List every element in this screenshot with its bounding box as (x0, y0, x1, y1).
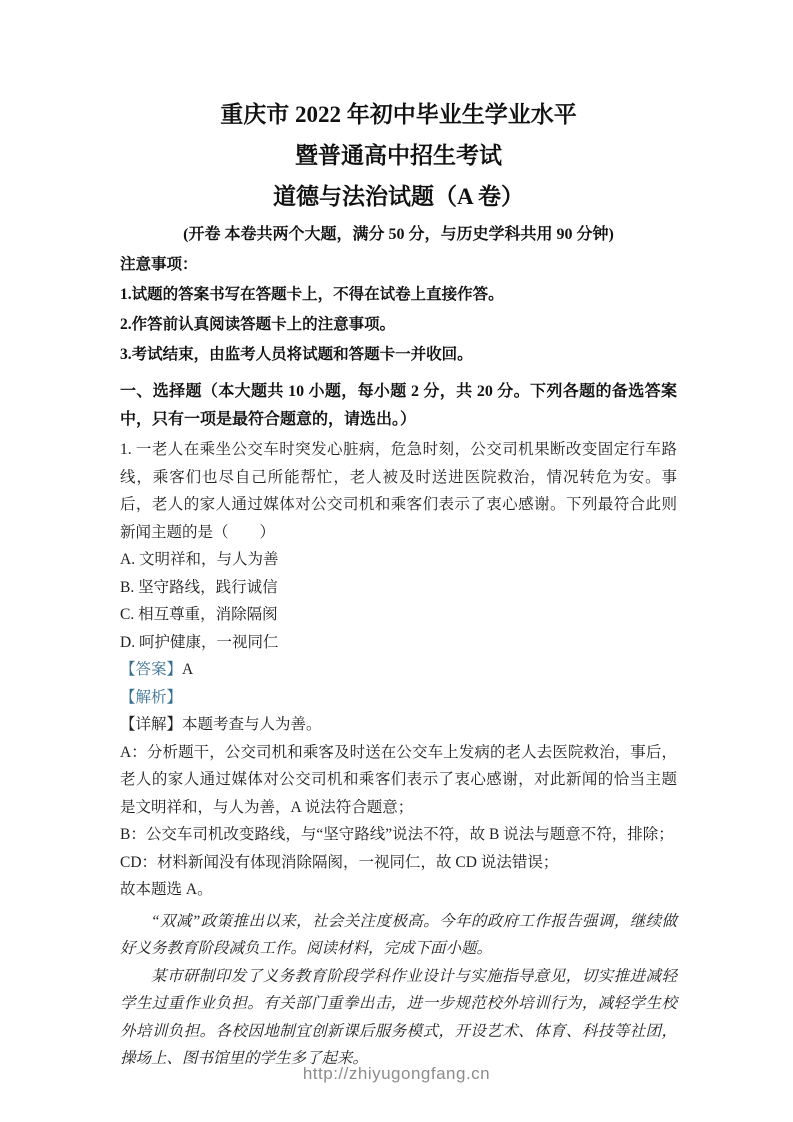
explanation-conclusion: 故本题选 A。 (120, 876, 677, 904)
analysis-line: 【解析】 (120, 684, 677, 712)
document-header: 重庆市 2022 年初中毕业生学业水平 暨普通高中招生考试 道德与法治试题（A … (120, 94, 677, 250)
detail-line: 【详解】本题考查与人为善。 (120, 711, 677, 739)
question-1-option-b: B. 坚守路线，践行诚信 (120, 574, 677, 602)
notices-heading: 注意事项： (120, 250, 677, 280)
notice-item-3: 3.考试结束，由监考人员将试题和答题卡一并收回。 (120, 340, 677, 370)
detail-label: 【详解】 (120, 716, 182, 733)
analysis-label: 【解析】 (120, 689, 182, 706)
question-1-option-d: D. 呵护健康，一视同仁 (120, 629, 677, 657)
question-1-stem: 1. 一老人在乘坐公交车时突发心脏病，危急时刻，公交司机果断改变固定行车路线，乘… (120, 436, 677, 546)
exam-info-line: (开卷 本卷共两个大题，满分 50 分，与历史学科共用 90 分钟) (120, 220, 677, 250)
detail-intro: 本题考查与人为善。 (182, 716, 322, 733)
question-1-option-c: C. 相互尊重，消除隔阂 (120, 601, 677, 629)
question-1-option-a: A. 文明祥和，与人为善 (120, 546, 677, 574)
explanation-a: A：分析题干，公交司机和乘客及时送在公交车上发病的老人去医院救治，事后，老人的家… (120, 739, 677, 822)
material-paragraph-1: “双减”政策推出以来，社会关注度极高。今年的政府工作报告强调，继续做好义务教育阶… (120, 908, 677, 963)
title-line-2: 暨普通高中招生考试 (120, 135, 677, 176)
answer-label: 【答案】 (120, 661, 182, 678)
notice-item-1: 1.试题的答案书写在答题卡上，不得在试卷上直接作答。 (120, 280, 677, 310)
material-block: “双减”政策推出以来，社会关注度极高。今年的政府工作报告强调，继续做好义务教育阶… (120, 908, 677, 1073)
explanation-cd: CD：材料新闻没有体现消除隔阂，一视同仁，故 CD 说法错误； (120, 849, 677, 877)
question-1-block: 1. 一老人在乘坐公交车时突发心脏病，危急时刻，公交司机果断改变固定行车路线，乘… (120, 436, 677, 904)
exam-document-page: 重庆市 2022 年初中毕业生学业水平 暨普通高中招生考试 道德与法治试题（A … (0, 0, 793, 1122)
footer-url: http://zhiyugongfang.cn (0, 1064, 793, 1084)
answer-line: 【答案】A (120, 656, 677, 684)
title-line-3: 道德与法治试题（A 卷） (120, 176, 677, 217)
notice-item-2: 2.作答前认真阅读答题卡上的注意事项。 (120, 310, 677, 340)
document-content: 重庆市 2022 年初中毕业生学业水平 暨普通高中招生考试 道德与法治试题（A … (120, 0, 677, 1073)
material-paragraph-2: 某市研制印发了义务教育阶段学科作业设计与实施指导意见，切实推进减轻学生过重作业负… (120, 963, 677, 1073)
section-one-heading: 一、选择题（本大题共 10 小题，每小题 2 分，共 20 分。下列各题的备选答… (120, 378, 677, 434)
notices-block: 注意事项： 1.试题的答案书写在答题卡上，不得在试卷上直接作答。 2.作答前认真… (120, 250, 677, 370)
answer-value: A (182, 661, 193, 678)
explanation-b: B：公交车司机改变路线，与“坚守路线”说法不符，故 B 说法与题意不符，排除； (120, 821, 677, 849)
title-line-1: 重庆市 2022 年初中毕业生学业水平 (120, 94, 677, 135)
